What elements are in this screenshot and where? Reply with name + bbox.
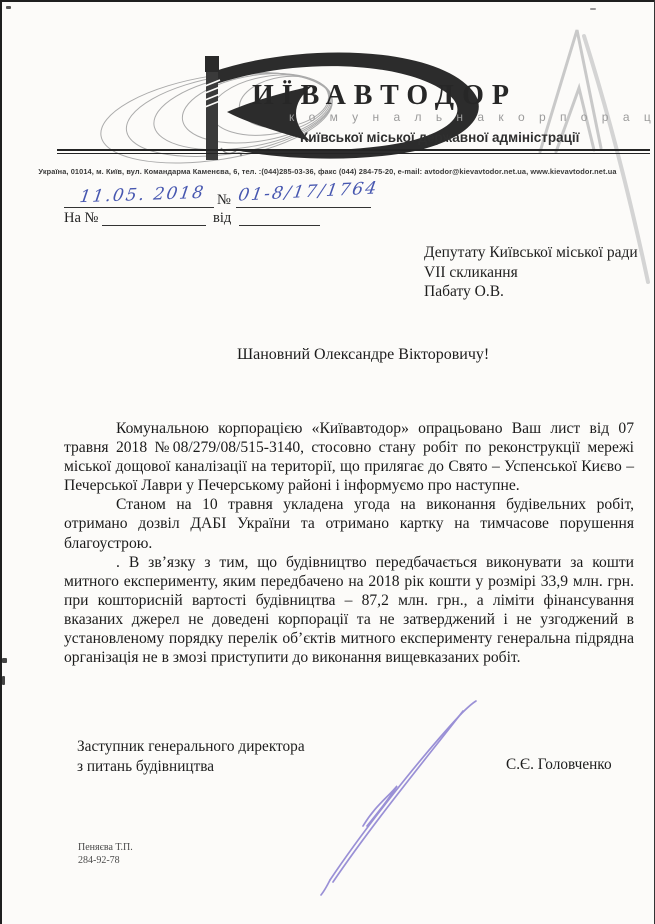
pen-mark-dot [240, 154, 242, 156]
scan-speck [2, 658, 7, 663]
number-label: № [217, 192, 231, 209]
scan-speck [6, 6, 11, 9]
logo-k-bar-cap [205, 56, 219, 72]
reply-number-label: На № [64, 210, 98, 227]
scan-speck [590, 8, 596, 10]
handwritten-number: 01-8/17/1764 [237, 178, 380, 205]
date-underline [64, 207, 214, 208]
addressee-line: Пабату О.В. [424, 282, 638, 302]
reply-from-underline [239, 225, 320, 226]
executor-phone: 284-92-78 [78, 855, 133, 868]
org-contact-line: Україна, 01014, м. Київ, вул. Командарма… [0, 167, 655, 176]
signer-role: Заступник генерального директора з питан… [77, 737, 305, 776]
signature-stroke [295, 698, 480, 898]
logo-k-bar-hatch [205, 80, 220, 107]
org-affiliation: Київської міської державної адміністраці… [300, 130, 579, 145]
reply-from-label: від [213, 210, 231, 227]
body-paragraph: . В зв’язку з тим, що будівництво передб… [64, 553, 634, 668]
scan-speck [2, 676, 5, 685]
letterhead-rule-top [57, 149, 650, 151]
body-paragraph: Станом на 10 травня укладена угода на ви… [64, 495, 634, 552]
number-underline [236, 207, 371, 208]
salutation: Шановний Олександре Вікторовичу! [237, 346, 489, 364]
body-paragraph: Комунальною корпорацією «Київавтодор» оп… [64, 419, 634, 495]
org-wordmark: ИЇВАВТОДОР [252, 80, 517, 112]
reply-number-underline [102, 225, 206, 226]
signer-role-line: Заступник генерального директора [77, 737, 305, 757]
addressee-line: VII скликання [424, 263, 638, 283]
signer-role-line: з питань будівництва [77, 757, 305, 777]
executor-block: Пеняєва Т.П. 284-92-78 [78, 842, 133, 867]
signer-name: С.Є. Головченко [506, 756, 612, 774]
addressee-block: Депутату Київської міської ради VII скли… [424, 243, 638, 302]
addressee-line: Депутату Київської міської ради [424, 243, 638, 263]
scan-edge-left [0, 0, 2, 924]
handwritten-date: 11.05. 2018 [78, 183, 206, 207]
scanned-letter-page: ИЇВАВТОДОР к о м у н а л ь н а к о р п о… [0, 0, 655, 924]
org-tagline: к о м у н а л ь н а к о р п о р а ц і я [289, 110, 655, 124]
executor-name: Пеняєва Т.П. [78, 842, 133, 855]
letterhead-rule-bottom [57, 153, 650, 154]
letter-body: Комунальною корпорацією «Київавтодор» оп… [64, 419, 634, 667]
scan-edge-top [0, 0, 655, 2]
logo-k-bar [206, 56, 218, 160]
